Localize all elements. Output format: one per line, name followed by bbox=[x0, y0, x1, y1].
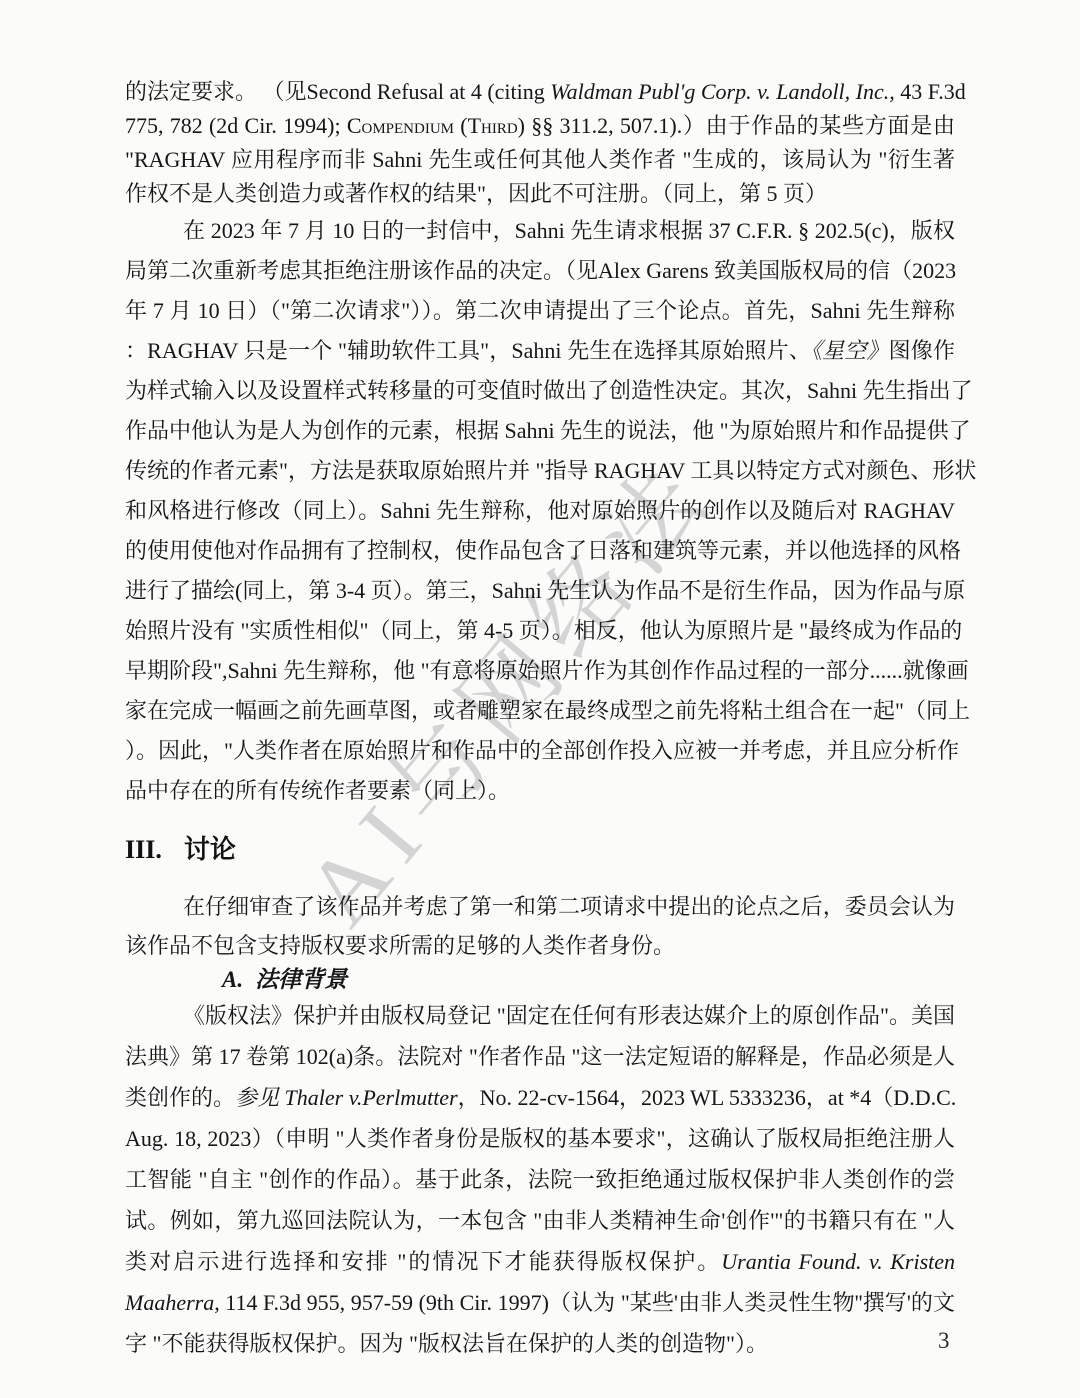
text-segment: "RAGHAV 应用程序而非 Sahni 先生或任何其他人类作者 "生成的，该局… bbox=[125, 147, 955, 172]
text-line: 年 7 月 10 日）（"第二次请求"））。第二次申请提出了三个论点。首先，Sa… bbox=[125, 291, 955, 331]
paragraph-para2: 在 2023 年 7 月 10 日的一封信中，Sahni 先生请求根据 37 C… bbox=[125, 211, 955, 811]
text-line: 传统的作者元素"，方法是获取原始照片并 "指导 RAGHAV 工具以特定方式对颜… bbox=[125, 451, 955, 491]
text-segment: 作品中他认为是人为创作的元素，根据 Sahni 先生的说法，他 "为原始照片和作… bbox=[125, 418, 971, 443]
text-segment: 传统的作者元素"，方法是获取原始照片并 "指导 RAGHAV 工具以特定方式对颜… bbox=[125, 458, 976, 483]
text-line: 品中存在的所有传统作者要素（同上）。 bbox=[125, 771, 955, 811]
text-line: 的法定要求。 （见Second Refusal at 4 (citing Wal… bbox=[125, 75, 955, 109]
text-line: 试。例如，第九巡回法院认为，一本包含 "由非人类精神生命'创作'"的书籍只有在 … bbox=[125, 1200, 955, 1241]
text-line: 法典》第 17 卷第 102(a)条。法院对 "作者作品 "这一法定短语的解释是… bbox=[125, 1036, 955, 1077]
text-line: 字 "不能获得版权保护。因为 "版权法旨在保护的人类的创造物"）。 bbox=[125, 1323, 955, 1364]
text-line: 的使用使他对作品拥有了控制权，使作品包含了日落和建筑等元素，并以他选择的风格 bbox=[125, 531, 955, 571]
text-segment: 字 "不能获得版权保护。因为 "版权法旨在保护的人类的创造物"）。 bbox=[125, 1331, 768, 1356]
text-segment: ）。因此，"人类作者在原始照片和作品中的全部创作投入应被一并考虑，并且应分析作 bbox=[125, 738, 959, 763]
text-segment: 始照片没有 "实质性相似"（同上，第 4-5 页）。相反，他认为原照片是 "最终… bbox=[125, 618, 962, 643]
text-segment: 早期阶段",Sahni 先生辩称，他 "有意将原始照片作为其创作作品过程的一部分… bbox=[125, 658, 969, 683]
text-line: "RAGHAV 应用程序而非 Sahni 先生或任何其他人类作者 "生成的，该局… bbox=[125, 143, 955, 177]
text-segment: 类创作的。 bbox=[125, 1085, 235, 1110]
text-segment: 该作品不包含支持版权要求所需的足够的人类作者身份。 bbox=[125, 933, 675, 958]
text-line: 局第二次重新考虑其拒绝注册该作品的决定。（见Alex Garens 致美国版权局… bbox=[125, 251, 955, 291]
text-line: 该作品不包含支持版权要求所需的足够的人类作者身份。 bbox=[125, 926, 955, 965]
italic-text: 参见 Thaler v.Perlmutter bbox=[235, 1085, 458, 1110]
text-line: 家在完成一幅画之前先画草图，或者雕塑家在最终成型之前先将粘土组合在一起"（同上 bbox=[125, 691, 955, 731]
text-segment: 品中存在的所有传统作者要素（同上）。 bbox=[125, 778, 510, 803]
text-line: 始照片没有 "实质性相似"（同上，第 4-5 页）。相反，他认为原照片是 "最终… bbox=[125, 611, 955, 651]
text-segment: 和风格进行修改（同上）。Sahni 先生辩称，他对原始照片的创作以及随后对 RA… bbox=[125, 498, 955, 523]
text-segment: 43 F.3d bbox=[895, 79, 966, 104]
text-line: 和风格进行修改（同上）。Sahni 先生辩称，他对原始照片的创作以及随后对 RA… bbox=[125, 491, 955, 531]
text-segment: 在仔细审查了该作品并考虑了第一和第二项请求中提出的论点之后，委员会认为 bbox=[183, 894, 955, 919]
text-line: 在 2023 年 7 月 10 日的一封信中，Sahni 先生请求根据 37 C… bbox=[125, 211, 955, 251]
italic-text: 《星空》 bbox=[811, 338, 889, 363]
text-line: 作品中他认为是人为创作的元素，根据 Sahni 先生的说法，他 "为原始照片和作… bbox=[125, 411, 955, 451]
text-segment: 作权不是人类创造力或著作权的结果"，因此不可注册。（同上，第 5 页） bbox=[125, 181, 827, 206]
subsection-heading-legal-background: A.法律背景 bbox=[222, 965, 955, 995]
paragraph-para4: 《版权法》保护并由版权局登记 "固定在任何有形表达媒介上的原创作品"。美国法典》… bbox=[125, 995, 955, 1364]
text-segment: 的法定要求。 （见Second Refusal at 4 (citing bbox=[125, 79, 550, 104]
document-page: AI与网络法 的法定要求。 （见Second Refusal at 4 (cit… bbox=[0, 0, 1080, 1398]
text-segment: 《版权法》保护并由版权局登记 "固定在任何有形表达媒介上的原创作品"。美国 bbox=[183, 1003, 955, 1028]
document-body: 的法定要求。 （见Second Refusal at 4 (citing Wal… bbox=[125, 0, 955, 1364]
text-line: ：RAGHAV 只是一个 "辅助软件工具"，Sahni 先生在选择其原始照片、《… bbox=[125, 331, 955, 371]
text-segment: 家在完成一幅画之前先画草图，或者雕塑家在最终成型之前先将粘土组合在一起"（同上 bbox=[125, 698, 970, 723]
text-line: Maaherra, 114 F.3d 955, 957-59 (9th Cir.… bbox=[125, 1282, 955, 1323]
text-segment: 工智能 "自主 "创作的作品）。基于此条，法院一致拒绝通过版权保护非人类创作的尝 bbox=[125, 1167, 955, 1192]
text-segment: 年 7 月 10 日）（"第二次请求"））。第二次申请提出了三个论点。首先，Sa… bbox=[125, 298, 955, 323]
text-line: Aug. 18, 2023）（申明 "人类作者身份是版权的基本要求"，这确认了版… bbox=[125, 1118, 955, 1159]
text-line: 类对启示进行选择和安排 "的情况下才能获得版权保护。Urantia Found.… bbox=[125, 1241, 955, 1282]
text-segment: , 114 F.3d 955, 957-59 (9th Cir. 1997)（认… bbox=[214, 1290, 955, 1315]
text-segment: Aug. 18, 2023）（申明 "人类作者身份是版权的基本要求"，这确认了版… bbox=[125, 1126, 955, 1151]
paragraph-para1: 的法定要求。 （见Second Refusal at 4 (citing Wal… bbox=[125, 75, 955, 211]
text-segment: 的使用使他对作品拥有了控制权，使作品包含了日落和建筑等元素，并以他选择的风格 bbox=[125, 538, 961, 563]
text-segment: 试。例如，第九巡回法院认为，一本包含 "由非人类精神生命'创作'"的书籍只有在 … bbox=[125, 1208, 955, 1233]
text-line: 775, 782 (2d Cir. 1994); Compendium (Thi… bbox=[125, 109, 955, 143]
paragraph-para3: 在仔细审查了该作品并考虑了第一和第二项请求中提出的论点之后，委员会认为该作品不包… bbox=[125, 887, 955, 965]
text-line: 作权不是人类创造力或著作权的结果"，因此不可注册。（同上，第 5 页） bbox=[125, 177, 955, 211]
text-segment: 局第二次重新考虑其拒绝注册该作品的决定。（见Alex Garens 致美国版权局… bbox=[125, 258, 956, 283]
text-line: 为样式输入以及设置样式转移量的可变值时做出了创造性决定。其次，Sahni 先生指… bbox=[125, 371, 955, 411]
text-line: 《版权法》保护并由版权局登记 "固定在任何有形表达媒介上的原创作品"。美国 bbox=[125, 995, 955, 1036]
text-line: 早期阶段",Sahni 先生辩称，他 "有意将原始照片作为其创作作品过程的一部分… bbox=[125, 651, 955, 691]
text-segment: 775, 782 (2d Cir. 1994); bbox=[125, 113, 347, 138]
smallcaps-text: Compendium (Third) bbox=[347, 113, 525, 138]
section-heading-discussion: III.讨论 bbox=[125, 833, 955, 867]
text-line: 进行了描绘(同上，第 3-4 页）。第三，Sahni 先生认为作品不是衍生作品，… bbox=[125, 571, 955, 611]
text-segment: §§ 311.2, 507.1).）由于作品的某些方面是由 bbox=[525, 113, 955, 138]
text-segment: ，No. 22-cv-1564，2023 WL 5333236，at *4（D.… bbox=[458, 1085, 957, 1110]
text-segment: 进行了描绘(同上，第 3-4 页）。第三，Sahni 先生认为作品不是衍生作品，… bbox=[125, 578, 965, 603]
text-segment: 图像作 bbox=[889, 338, 955, 363]
heading-number: III. bbox=[125, 835, 162, 864]
text-segment: 类对启示进行选择和安排 "的情况下才能获得版权保护。 bbox=[125, 1249, 721, 1274]
text-line: 类创作的。参见 Thaler v.Perlmutter，No. 22-cv-15… bbox=[125, 1077, 955, 1118]
text-segment: ：RAGHAV 只是一个 "辅助软件工具"，Sahni 先生在选择其原始照片、 bbox=[125, 338, 811, 363]
italic-text: Urantia Found. v. Kristen bbox=[721, 1249, 955, 1274]
heading-label: 法律背景 bbox=[255, 967, 347, 992]
text-segment: 为样式输入以及设置样式转移量的可变值时做出了创造性决定。其次，Sahni 先生指… bbox=[125, 378, 973, 403]
text-segment: 在 2023 年 7 月 10 日的一封信中，Sahni 先生请求根据 37 C… bbox=[183, 218, 955, 243]
italic-text: Maaherra bbox=[125, 1290, 214, 1315]
text-segment: 法典》第 17 卷第 102(a)条。法院对 "作者作品 "这一法定短语的解释是… bbox=[125, 1044, 955, 1069]
heading-label: 讨论 bbox=[184, 835, 236, 864]
text-line: 工智能 "自主 "创作的作品）。基于此条，法院一致拒绝通过版权保护非人类创作的尝 bbox=[125, 1159, 955, 1200]
page-number: 3 bbox=[938, 1328, 950, 1354]
italic-text: Waldman Publ'g Corp. v. Landoll, Inc., bbox=[550, 79, 894, 104]
text-line: ）。因此，"人类作者在原始照片和作品中的全部创作投入应被一并考虑，并且应分析作 bbox=[125, 731, 955, 771]
text-line: 在仔细审查了该作品并考虑了第一和第二项请求中提出的论点之后，委员会认为 bbox=[125, 887, 955, 926]
heading-number: A. bbox=[222, 967, 243, 992]
